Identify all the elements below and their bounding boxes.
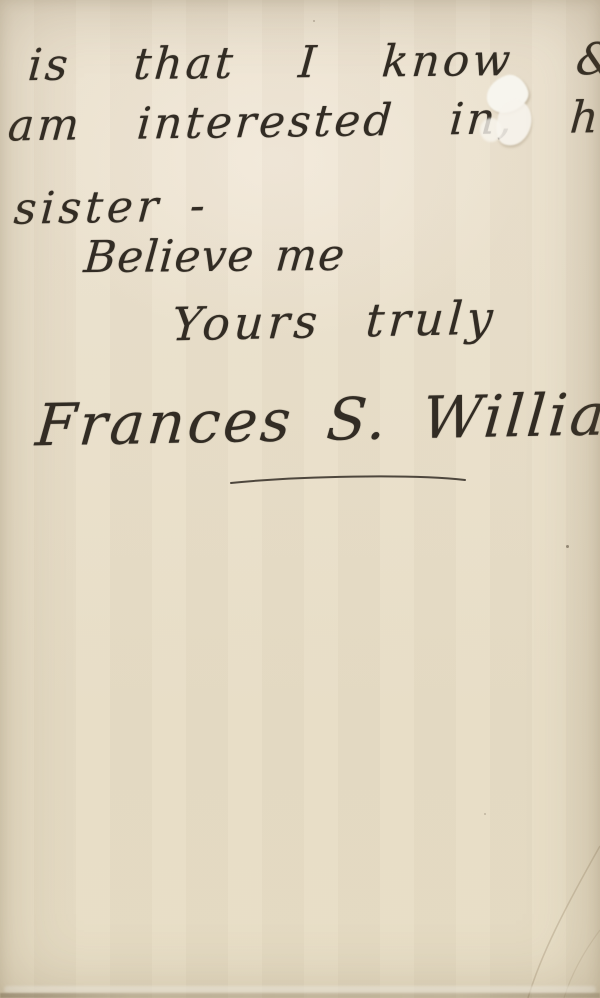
- page-bottom-edge-shadow: [0, 993, 600, 998]
- signature-flourish-underline: [231, 476, 465, 483]
- paper-crease-right-edge: [564, 930, 600, 998]
- letter-closing-believe-me: Believe me: [82, 231, 347, 284]
- paper-crease-bottom-right: [528, 846, 600, 998]
- letter-body-line-2: am interested in, his: [6, 93, 600, 153]
- letter-body-line-1: is that I know &: [26, 35, 600, 92]
- paper-speck: [313, 20, 315, 22]
- letter-closing-yours-truly: Yours truly: [170, 292, 498, 352]
- paper-speck: [566, 545, 569, 548]
- letter-page: is that I know & am interested in, his s…: [0, 0, 600, 998]
- page-bottom-edge-highlight: [4, 986, 596, 993]
- signature: Frances S. Williams: [33, 380, 600, 460]
- paper-speck: [484, 813, 486, 815]
- letter-body-line-3: sister -: [12, 181, 210, 235]
